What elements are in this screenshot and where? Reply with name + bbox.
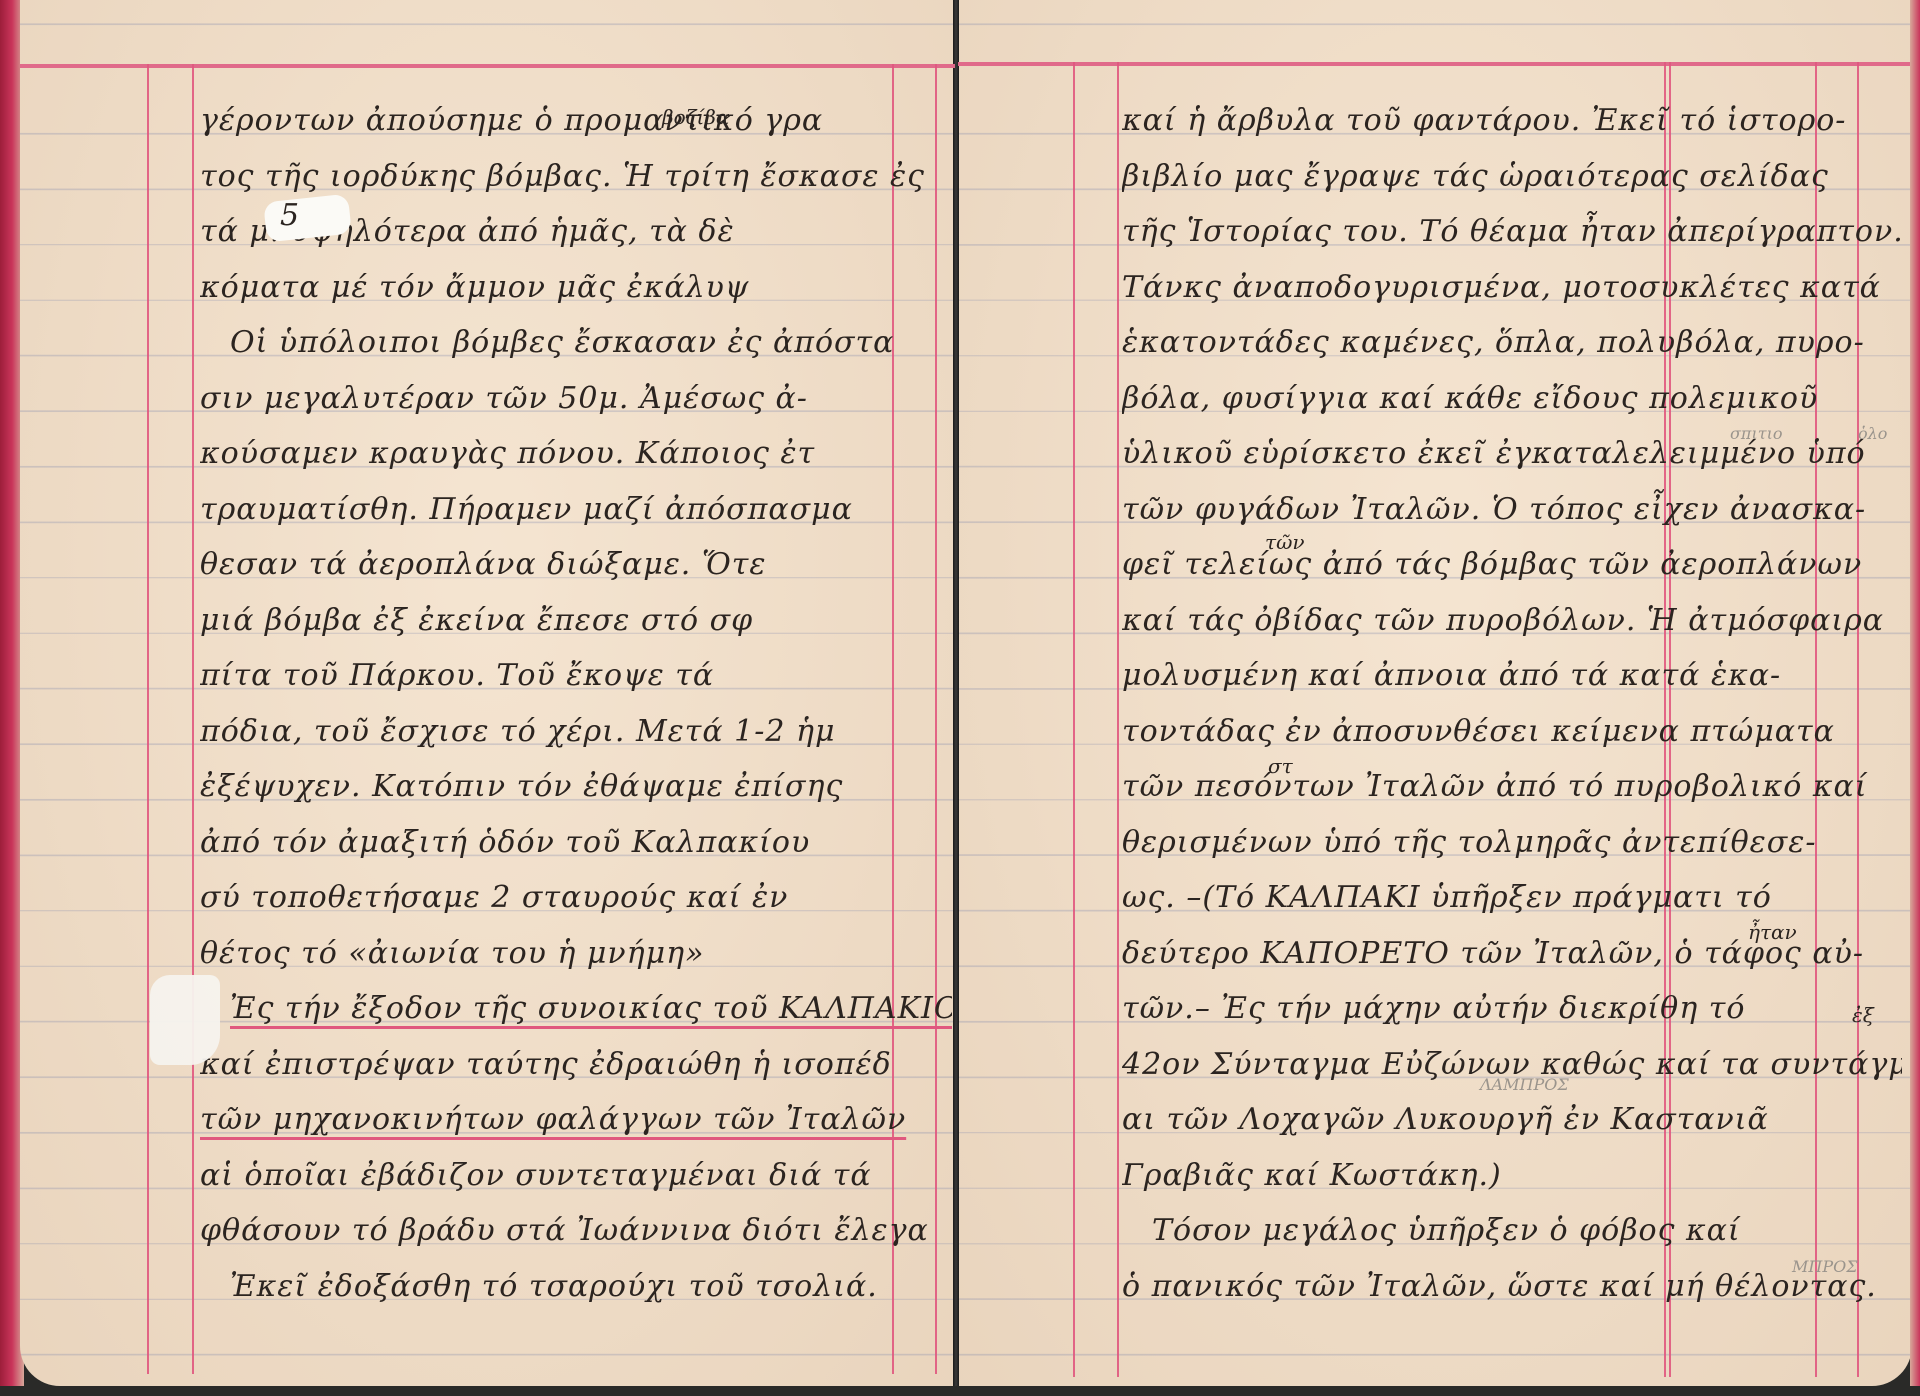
handwritten-line: καί ἐπιστρέψαν ταύτης ἐδραιώθη ἡ ισοπέδ bbox=[200, 1037, 952, 1093]
handwritten-line: τῶν μηχανοκινήτων φαλάγγων τῶν Ἰταλῶν bbox=[200, 1092, 952, 1148]
handwritten-line: φθάσουν τό βράδυ στά Ἰωάννινα διότι ἔλεγ… bbox=[200, 1203, 952, 1259]
handwritten-line: καί ἡ ἄρβυλα τοῦ φαντάρου. Ἐκεῖ τό ἱστορ… bbox=[1122, 93, 1902, 149]
interlinear-note: ἐξ bbox=[1852, 1003, 1874, 1027]
background-strip bbox=[0, 1386, 1920, 1396]
pencil-note: ΜΠΡΟΣ bbox=[1792, 1257, 1858, 1276]
handwritten-line: ως. –(Τό ΚΑΛΠΑΚΙ ὑπῆρξεν πράγματι τό bbox=[1122, 870, 1902, 926]
margin-rule bbox=[192, 64, 194, 1374]
paper-damage-mark bbox=[150, 975, 220, 1065]
handwritten-line: Τόσον μεγάλος ὑπῆρξεν ὁ φόβος καί bbox=[1122, 1203, 1902, 1259]
handwritten-line: σιν μεγαλυτέραν τῶν 50μ. Ἀμέσως ἀ- bbox=[200, 371, 952, 427]
handwritten-line: θεσαν τά ἀεροπλάνα διώξαμε. Ὅτε bbox=[200, 537, 952, 593]
interlinear-note: στ bbox=[1268, 754, 1293, 778]
left-page-text: γέροντων ἀπούσημε ὁ προμαντικό γρατος τῆ… bbox=[200, 93, 952, 1314]
pencil-note: σπιτιο bbox=[1730, 424, 1782, 443]
handwritten-line: κόματα μέ τόν ἄμμον μᾶς ἐκάλυψ bbox=[200, 260, 952, 316]
handwritten-line: αι τῶν Λοχαγῶν Λυκουργῆ ἐν Καστανιᾶ bbox=[1122, 1092, 1902, 1148]
interlinear-note: τῶν bbox=[1265, 530, 1305, 554]
handwritten-line: ὁ πανικός τῶν Ἰταλῶν, ὥστε καί μή θέλοντ… bbox=[1122, 1259, 1902, 1315]
handwritten-line: τῶν πεσόντων Ἰταλῶν ἀπό τό πυροβολικό κα… bbox=[1122, 759, 1902, 815]
handwritten-line: ἐξέψυχεν. Κατόπιν τόν ἐθάψαμε ἐπίσης bbox=[200, 759, 952, 815]
pencil-note: ὁλο bbox=[1858, 424, 1887, 443]
handwritten-line: μιά βόμβα ἐξ ἐκείνα ἔπεσε στό σφ bbox=[200, 593, 952, 649]
handwritten-line: Τάνκς ἀναποδογυρισμένα, μοτοσυκλέτες κατ… bbox=[1122, 260, 1902, 316]
handwritten-line: ἑκατοντάδες καμένες, ὅπλα, πολυβόλα, πυρ… bbox=[1122, 315, 1902, 371]
handwritten-line: βιβλίο μας ἔγραψε τάς ὡραιότερας σελίδας bbox=[1122, 149, 1902, 205]
margin-rule bbox=[1073, 62, 1075, 1377]
right-page-text: καί ἡ ἄρβυλα τοῦ φαντάρου. Ἐκεῖ τό ἱστορ… bbox=[1122, 93, 1902, 1314]
handwritten-line: καί τάς ὀβίδας τῶν πυροβόλων. Ἡ ἀτμόσφαι… bbox=[1122, 593, 1902, 649]
handwritten-line: Οἱ ὑπόλοιποι βόμβες ἔσκασαν ἐς ἀπόστα bbox=[200, 315, 952, 371]
handwritten-line: Ἐκεῖ ἐδοξάσθη τό τσαρούχι τοῦ τσολιά. bbox=[200, 1259, 952, 1315]
handwritten-line: τῆς Ἱστορίας του. Τό θέαμα ἦταν ἀπερίγρα… bbox=[1122, 204, 1902, 260]
handwritten-line: σύ τοποθετήσαμε 2 σταυρούς καί ἐν bbox=[200, 870, 952, 926]
handwritten-line: τοντάδας ἐν ἀποσυνθέσει κείμενα πτώματα bbox=[1122, 704, 1902, 760]
handwritten-line: πίτα τοῦ Πάρκου. Τοῦ ἔκοψε τά bbox=[200, 648, 952, 704]
inserted-number: 5 bbox=[280, 198, 299, 233]
handwritten-line: τος τῆς ιορδύκης βόμβας. Ἡ τρίτη ἔσκασε … bbox=[200, 149, 952, 205]
handwritten-line: γέροντων ἀπούσημε ὁ προμαντικό γρα bbox=[200, 93, 952, 149]
handwritten-line: Ἐς τήν ἔξοδον τῆς συνοικίας τοῦ ΚΑΛΠΑΚΙΟ bbox=[200, 981, 952, 1037]
handwritten-line: τῶν.– Ἐς τήν μάχην αὐτήν διεκρίθη τό bbox=[1122, 981, 1902, 1037]
handwritten-line: θέτος τό «ἀιωνία του ἡ μνήμη» bbox=[200, 926, 952, 982]
handwritten-line: κούσαμεν κραυγὰς πόνου. Κάποιος ἐτ bbox=[200, 426, 952, 482]
top-margin-rule bbox=[958, 62, 1910, 66]
handwritten-line: τραυματίσθη. Πήραμεν μαζί ἀπόσπασμα bbox=[200, 482, 952, 538]
handwritten-line: Γραβιᾶς καί Κωστάκη.) bbox=[1122, 1148, 1902, 1204]
pencil-note: ΛΑΜΠΡΟΣ bbox=[1480, 1075, 1569, 1094]
handwritten-line: βόλα, φυσίγγια καί κάθε εἴδους πολεμικοῦ bbox=[1122, 371, 1902, 427]
interlinear-note: ἦταν bbox=[1748, 920, 1797, 944]
handwritten-line: τῶν φυγάδων Ἰταλῶν. Ὁ τόπος εἶχεν ἀνασκα… bbox=[1122, 482, 1902, 538]
top-margin-rule bbox=[20, 64, 955, 68]
handwritten-line: μολυσμένη καί ἀπνοια ἀπό τά κατά ἑκα- bbox=[1122, 648, 1902, 704]
handwritten-line: θερισμένων ὑπό τῆς τολμηρᾶς ἀντεπίθεσε- bbox=[1122, 815, 1902, 871]
handwritten-line: αἱ ὁποῖαι ἐβάδιζον συντεταγμέναι διά τά bbox=[200, 1148, 952, 1204]
handwritten-line: ἀπό τόν ἀμαξιτή ὁδόν τοῦ Καλπακίου bbox=[200, 815, 952, 871]
margin-rule bbox=[1117, 62, 1119, 1377]
margin-rule bbox=[147, 64, 149, 1374]
interlinear-note: βοζίβα bbox=[662, 105, 729, 129]
handwritten-line: ὑλικοῦ εὑρίσκετο ἐκεῖ ἐγκαταλελειμμένο ὑ… bbox=[1122, 426, 1902, 482]
handwritten-line: φεῖ τελείως ἀπό τάς βόμβας τῶν ἀεροπλάνω… bbox=[1122, 537, 1902, 593]
handwritten-line: πόδια, τοῦ ἔσχισε τό χέρι. Μετά 1-2 ἡμ bbox=[200, 704, 952, 760]
notebook-spine bbox=[953, 0, 959, 1390]
